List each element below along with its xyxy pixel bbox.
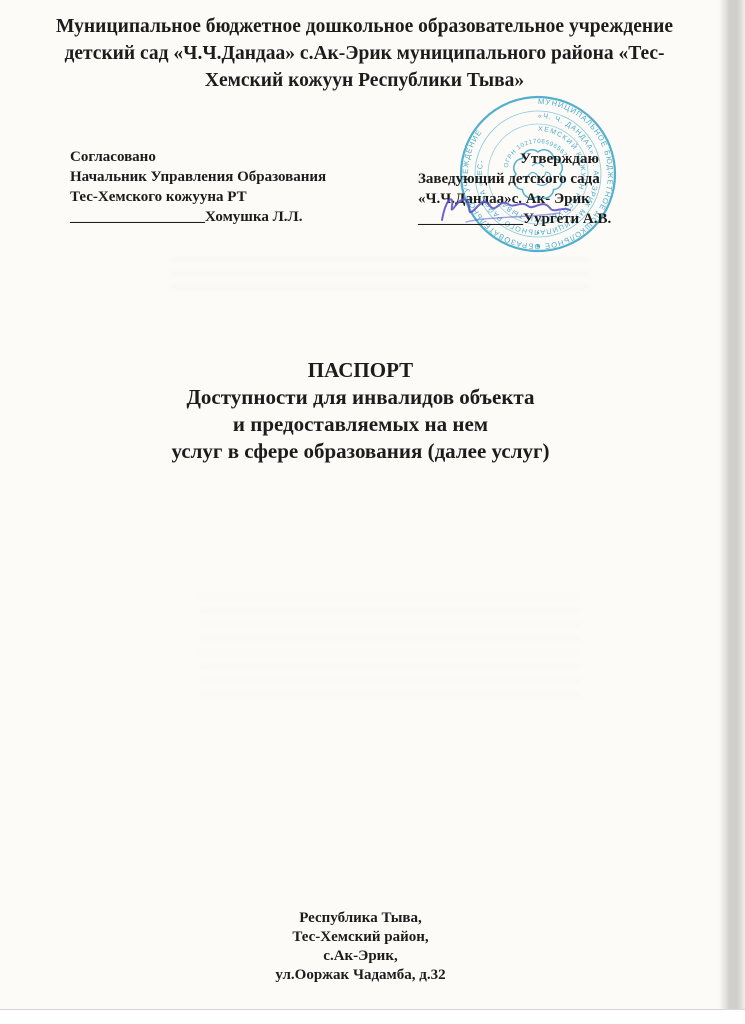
bleed-through-smudge (170, 258, 590, 300)
document-header: Муниципальное бюджетное дошкольное образ… (36, 13, 693, 94)
address-line: с.Ак-Эрик, (0, 947, 721, 966)
bleed-through-smudge (200, 595, 580, 700)
header-line: детский сад «Ч.Ч.Дандаа» с.Ак-Эрик муниц… (36, 40, 693, 67)
title-line: Доступности для инвалидов объекта (0, 384, 721, 411)
address-block: Республика Тыва, Тес-Хемский район, с.Ак… (0, 909, 721, 985)
agreed-line: Начальник Управления Образования (70, 167, 420, 187)
scanned-document-page: Муниципальное бюджетное дошкольное образ… (0, 0, 745, 1024)
signature-scribble (438, 188, 588, 230)
header-line: Хемский кожуун Республики Тыва» (36, 67, 693, 94)
scanner-bottom-edge (0, 1009, 745, 1024)
address-line: Тес-Хемский район, (0, 928, 721, 947)
approved-line: Заведующий детского сада (418, 169, 663, 189)
approved-label: Утверждаю (418, 149, 663, 169)
scanner-edge-shadow (719, 0, 745, 1012)
document-title: ПАСПОРТ Доступности для инвалидов объект… (0, 357, 721, 465)
agreed-line: Тес-Хемского кожууна РТ (70, 187, 420, 207)
title-line: ПАСПОРТ (0, 357, 721, 384)
agreed-label: Согласовано (70, 147, 420, 167)
address-line: Республика Тыва, (0, 909, 721, 928)
address-line: ул.Ооржак Чадамба, д.32 (0, 966, 721, 985)
agreed-block: Согласовано Начальник Управления Образов… (70, 147, 420, 227)
title-line: услуг в сфере образования (далее услуг) (0, 438, 721, 465)
header-line: Муниципальное бюджетное дошкольное образ… (36, 13, 693, 40)
agreed-signature-line: __________________Хомушка Л.Л. (70, 207, 420, 227)
title-line: и предоставляемых на нем (0, 411, 721, 438)
